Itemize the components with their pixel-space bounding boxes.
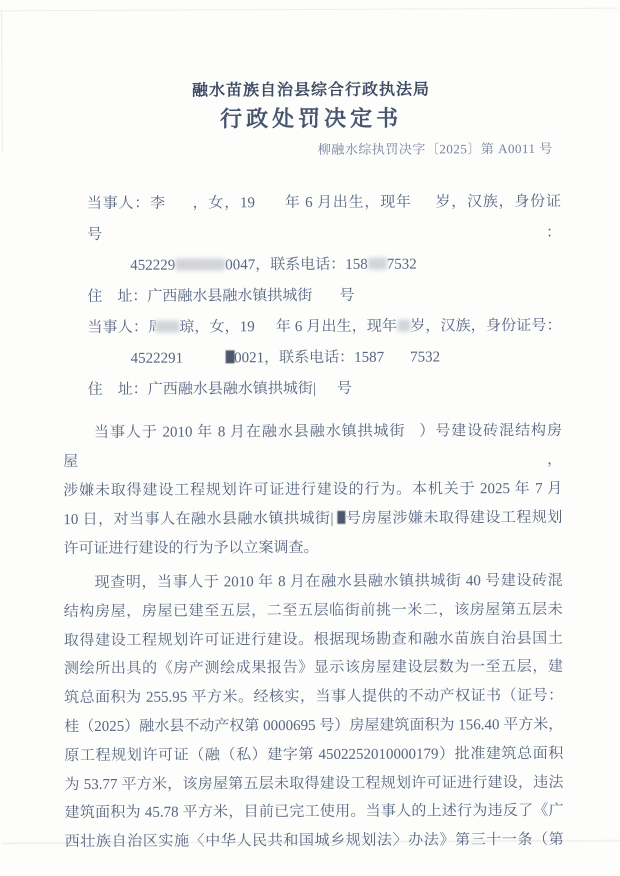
redaction-blank [183, 361, 225, 362]
redaction-blank [316, 392, 337, 393]
redaction-patch [368, 258, 387, 270]
party1-id-prefix: 452229 [130, 258, 175, 274]
para1-line1-pre: 当事人于 2010 年 8 月在融水县融水镇拱城街 [94, 424, 406, 441]
scan-page: 融水苗族自治县综合行政执法局 行政处罚决定书 柳融水综执罚决字〔2025〕第 A… [0, 0, 620, 876]
party1-main-line: 当事人：李，女，19年 6 月出生，现年岁，汉族，身份证号： [62, 187, 561, 251]
para1-line3-post: 号房屋涉嫌未取得建设工程规划 [345, 510, 562, 527]
paragraph-2: 现查明，当事人于 2010 年 8 月在融水县融水镇拱城街 40 号建设砖混 结… [64, 567, 564, 857]
para2-line-3: 取得建设工程规划许可证进行建设。根据现场勘查和融水苗族自治县国土 [64, 624, 563, 655]
party1-birth-age: 年 6 月出生，现年 [284, 195, 412, 212]
party2-address-suffix: 号 [337, 381, 352, 397]
para1-line-3: 10 日，对当事人在融水县融水镇拱城街|号房屋涉嫌未取得建设工程规划 [63, 504, 562, 535]
party1-gender-birth: ，女，19 [192, 195, 255, 211]
para2-line-1: 现查明，当事人于 2010 年 8 月在融水县融水镇拱城街 40 号建设砖混 [64, 567, 563, 598]
redaction-blank [312, 299, 339, 300]
redaction-blank [166, 207, 192, 208]
party1-id-mid: 0047，联系电话：158 [225, 257, 368, 274]
para1-line-1: 当事人于 2010 年 8 月在融水县融水镇拱城街）号建设砖混结构房屋， [63, 417, 562, 477]
scan-edge-left [1, 11, 3, 151]
agency-name: 融水苗族自治县综合行政执法局 [61, 79, 560, 103]
redaction-fragment [337, 511, 345, 524]
redaction-blank [384, 361, 410, 362]
party1-label: 当事人： [87, 196, 150, 212]
redaction-fragment [225, 350, 234, 363]
party1-address-text: 广西融水县融水镇拱城街 [147, 288, 312, 305]
document-number: 柳融水综执罚决字〔2025〕第 A0011 号 [62, 139, 561, 161]
para2-line-7: 原工程规划许可证（融（私）建字第 4502252010000179）批准建筑总面… [64, 740, 563, 771]
para2-line-9: 建筑面积为 45.78 平方米，目前已完工使用。当事人的上述行为违反了《广 [65, 797, 564, 828]
para1-line3-pre: 10 日，对当事人在融水县融水镇拱城街| [63, 511, 333, 528]
party2-id-mid: 0021，联系电话：1587 [234, 350, 384, 367]
party2-label: 当事人： [87, 320, 148, 336]
party2-name-fragment: 周 [148, 313, 155, 344]
para1-line-2: 涉嫌未取得建设工程规划许可证进行建设的行为。本机关于 2025 年 7 月 [63, 475, 562, 506]
party2-name: 琼，女，19 [179, 319, 255, 335]
party2-birth-age: 年 6 月出生，现年 [276, 319, 397, 336]
party1-name: 李 [150, 196, 166, 212]
party1-address-line: 住 址：广西融水县融水镇拱城街号 [62, 280, 561, 313]
parties-section: 当事人：李，女，19年 6 月出生，现年岁，汉族，身份证号： 452229004… [62, 187, 562, 406]
redaction-patch [155, 321, 179, 333]
party1-id-line: 4522290047，联系电话：1587532 [62, 249, 561, 282]
redaction-blank [405, 435, 418, 436]
party2-id-prefix: 4522291 [131, 351, 184, 367]
party1-phone-suffix: 7532 [387, 257, 417, 273]
para2-line-8: 为 53.77 平方米，该房屋第五层未取得建设工程规划许可证进行建设，违法 [64, 768, 563, 799]
document-title: 行政处罚决定书 [62, 103, 561, 135]
party2-address-text: 广西融水县融水镇拱城街| [148, 381, 316, 398]
para2-line-4: 测绘所出具的《房产测绘成果报告》显示该房屋建设层数为一至五层，建 [64, 653, 563, 684]
paragraph-1: 当事人于 2010 年 8 月在融水县融水镇拱城街）号建设砖混结构房屋， 涉嫌未… [63, 417, 563, 564]
party2-ethnic-id-label: 岁，汉族，身份证号： [410, 318, 561, 335]
party1-address-suffix: 号 [339, 288, 354, 304]
party2-phone-suffix: 7532 [410, 349, 440, 365]
party2-id-line: 45222910021，联系电话：15877532 [63, 342, 562, 375]
para2-line-2: 结构房屋，房屋已建至五层，二至五层临街前挑一米二，该房屋第五层未 [64, 596, 563, 627]
redaction-patch [397, 320, 410, 332]
para2-line-10: 西壮族自治区实施〈中华人民共和国城乡规划法〉办法》第三十一条（第 [65, 826, 564, 857]
para1-line-4: 许可证进行建设的行为予以立案调查。 [63, 533, 562, 564]
redaction-blank [255, 206, 284, 207]
party2-main-line: 当事人：周琼，女，19年 6 月出生，现年岁，汉族，身份证号： [62, 311, 561, 344]
document-content: 融水苗族自治县综合行政执法局 行政处罚决定书 柳融水综执罚决字〔2025〕第 A… [61, 0, 564, 857]
para2-line-5: 筑总面积为 255.95 平方米。经核实，当事人提供的不动产权证书（证号： [64, 682, 563, 713]
redaction-patch [175, 258, 225, 270]
redaction-blank [255, 330, 276, 331]
party1-address-label: 住 址： [87, 289, 147, 305]
redaction-blank [412, 205, 435, 206]
party2-address-label: 住 址： [88, 382, 148, 398]
para2-line-6: 桂（2025）融水县不动产权第 0000695 号）房屋建筑面积为 156.40… [64, 711, 563, 742]
party2-address-line: 住 址：广西融水县融水镇拱城街|号 [63, 373, 562, 406]
